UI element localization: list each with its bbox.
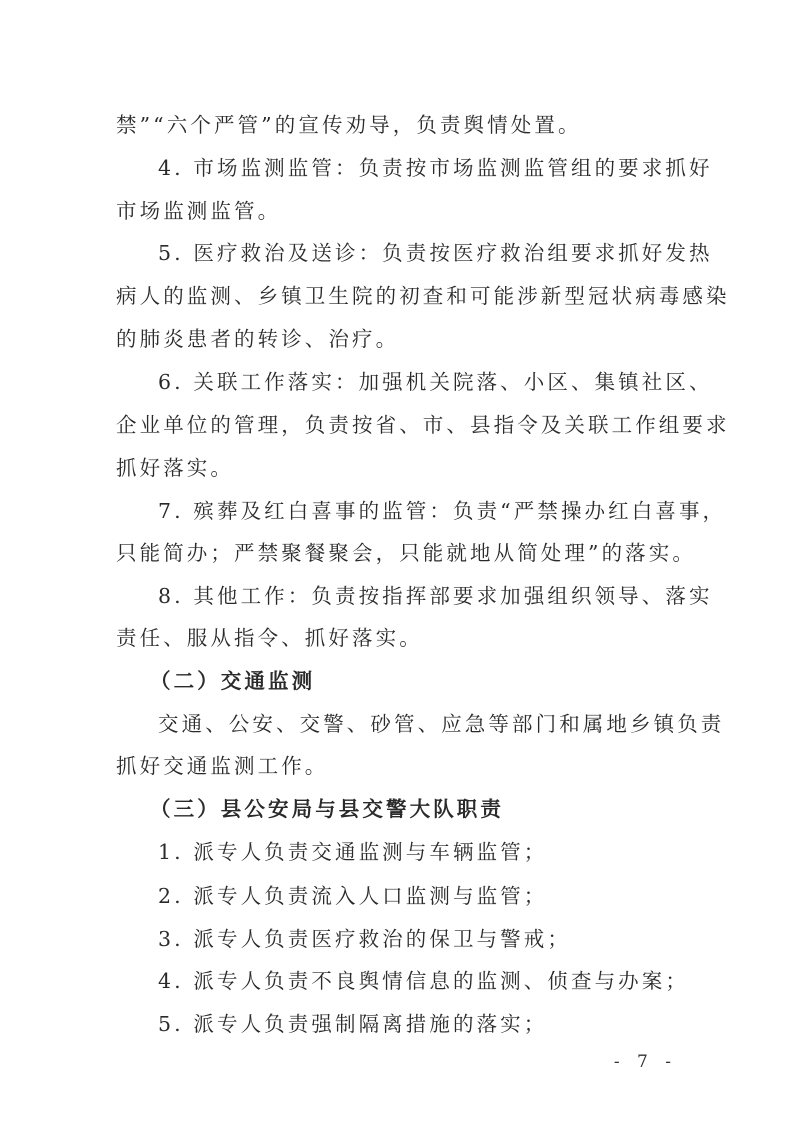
text-line: 病人的监测、乡镇卫生院的初查和可能涉新型冠状病毒感染 (116, 281, 696, 311)
list-item: 6. 关联工作落实：加强机关院落、小区、集镇社区、 (158, 367, 738, 397)
list-item: 4. 市场监测监管：负责按市场监测监管组的要求抓好 (158, 153, 738, 183)
text-line: 只能简办；严禁聚餐聚会，只能就地从简处理”的落实。 (116, 538, 696, 568)
text-line: 企业单位的管理，负责按省、市、县指令及关联工作组要求 (116, 410, 696, 440)
text-line: 市场监测监管。 (116, 196, 696, 226)
list-item: 1. 派专人负责交通监测与车辆监管； (158, 837, 738, 867)
text-line: 责任、服从指令、抓好落实。 (116, 623, 696, 653)
list-item: 4. 派专人负责不良舆情信息的监测、侦查与办案； (158, 966, 738, 996)
text-line: 抓好交通监测工作。 (116, 751, 696, 781)
paragraph: 交通、公安、交警、砂管、应急等部门和属地乡镇负责 (158, 709, 738, 739)
list-item: 2. 派专人负责流入人口监测与监管； (158, 881, 738, 911)
text-line: 禁”“六个严管”的宣传劝导，负责舆情处置。 (116, 110, 696, 140)
list-item: 7. 殡葬及红白喜事的监管：负责“严禁操办红白喜事， (158, 496, 738, 526)
list-item: 5. 派专人负责强制隔离措施的落实； (158, 1009, 738, 1039)
section-heading: （二）交通监测 (150, 666, 730, 696)
list-item: 8. 其他工作：负责按指挥部要求加强组织领导、落实 (158, 581, 738, 611)
text-line: 的肺炎患者的转诊、治疗。 (116, 324, 696, 354)
list-item: 3. 派专人负责医疗救治的保卫与警戒； (158, 924, 738, 954)
text-line: 抓好落实。 (116, 453, 696, 483)
list-item: 5. 医疗救治及送诊：负责按医疗救治组要求抓好发热 (158, 238, 738, 268)
section-heading: （三）县公安局与县交警大队职责 (150, 794, 730, 824)
page-number: - 7 - (614, 1050, 677, 1074)
